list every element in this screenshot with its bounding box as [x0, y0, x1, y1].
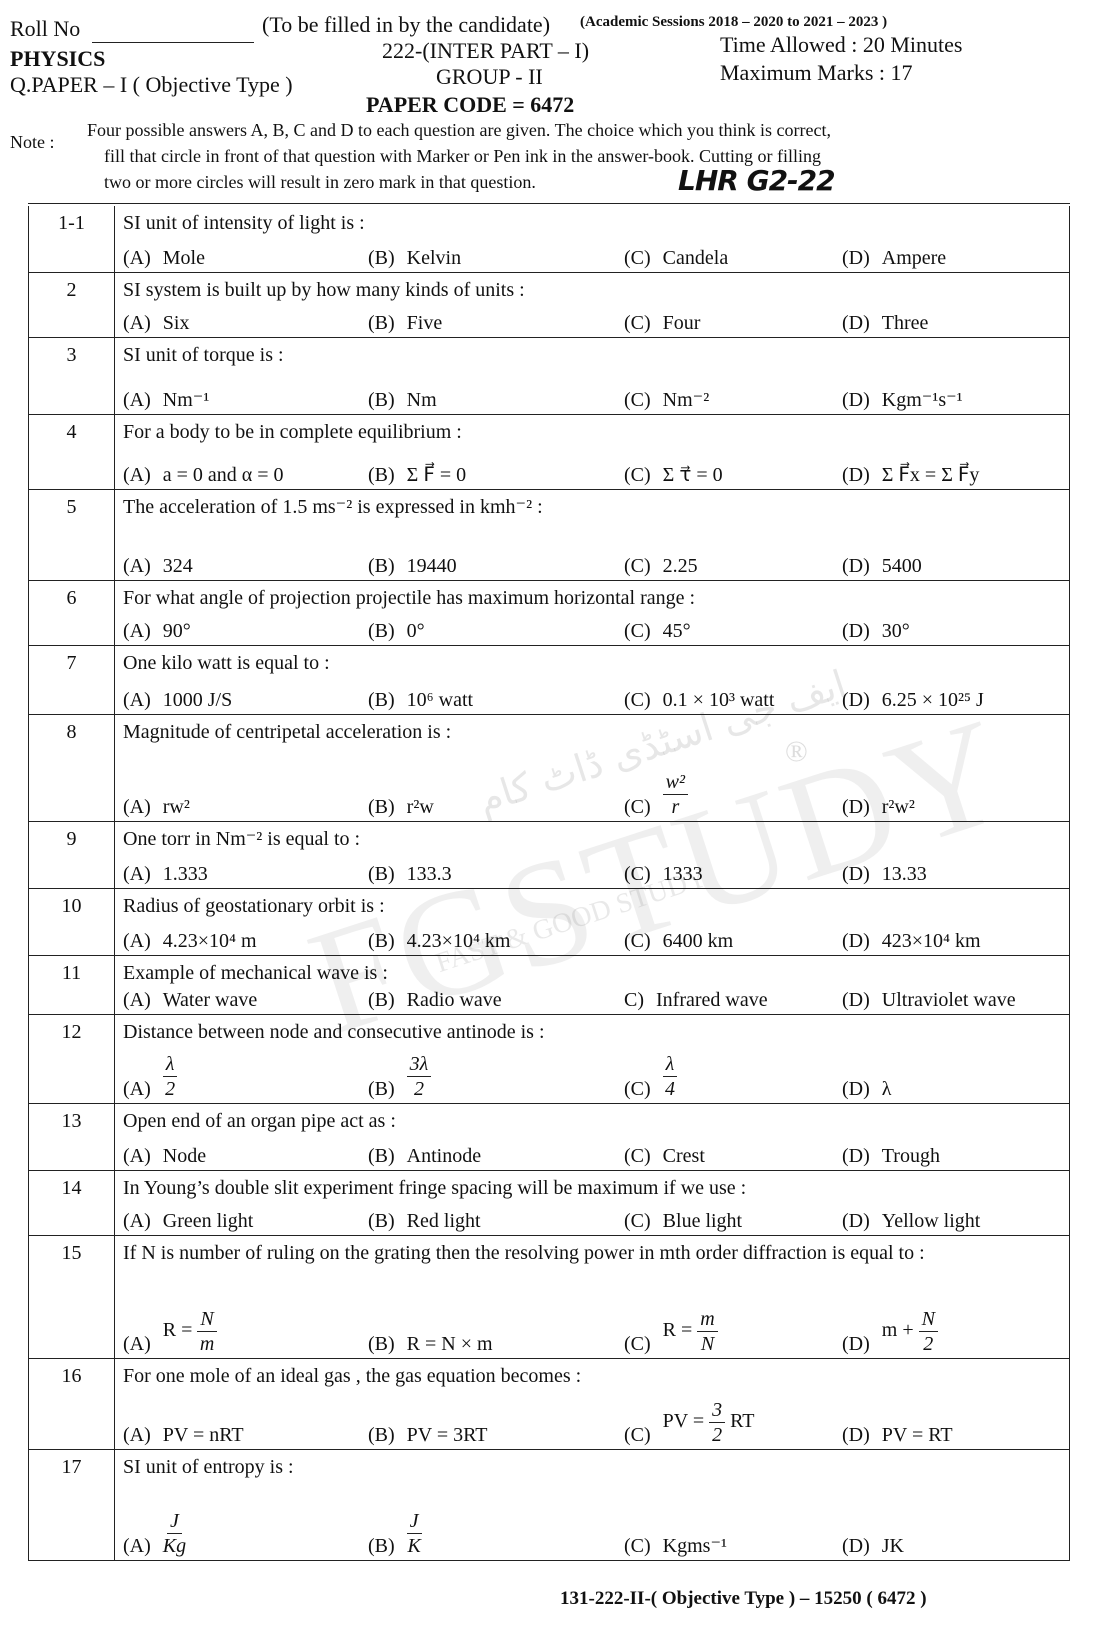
option-label: (A): [123, 464, 151, 487]
option-label: (D): [842, 863, 870, 886]
option-label: (B): [368, 1145, 395, 1168]
question-text: For what angle of projection projectile …: [123, 585, 1063, 611]
question-number: 17: [29, 1450, 115, 1560]
option-value: 0.1 × 10³ watt: [663, 689, 775, 712]
option-label: (C): [624, 689, 651, 712]
option-value: 324: [163, 555, 193, 578]
options-row: (A)a = 0 and α = 0(B)Σ F⃗ = 0(C)Σ τ⃗ = 0…: [123, 462, 1063, 487]
option-value: 5400: [882, 555, 922, 578]
note-line-1: Four possible answers A, B, C and D to e…: [87, 118, 831, 142]
option-d[interactable]: (D)Yellow light: [842, 1210, 1063, 1233]
option-value: Trough: [882, 1145, 940, 1168]
option-label: (B): [368, 312, 395, 335]
question-table: 1-1SI unit of intensity of light is :(A)…: [28, 206, 1070, 1561]
option-label: (A): [123, 1210, 151, 1233]
time-allowed: Time Allowed : 20 Minutes: [720, 32, 962, 58]
option-value: Six: [163, 312, 190, 335]
option-d[interactable]: (D)30°: [842, 620, 1063, 643]
option-label: (A): [123, 1145, 151, 1168]
option-c[interactable]: (C)PV = 32 RT: [624, 1398, 842, 1447]
question-number: 13: [29, 1104, 115, 1170]
option-value: λ4: [663, 1052, 678, 1101]
option-value: w²r: [663, 770, 688, 819]
question-number: 15: [29, 1236, 115, 1358]
question-number: 6: [29, 581, 115, 645]
question-row: 14In Young’s double slit experiment frin…: [29, 1170, 1069, 1235]
options-row: (A)Mole(B)Kelvin(C)Candela(D)Ampere: [123, 247, 1063, 270]
question-number: 1-1: [29, 206, 115, 272]
option-label: (A): [123, 689, 151, 712]
option-value: 10⁶ watt: [407, 689, 473, 712]
option-label: (B): [368, 796, 395, 819]
option-b[interactable]: (B)Red light: [368, 1210, 624, 1233]
question-row: 11Example of mechanical wave is :(A)Wate…: [29, 955, 1069, 1014]
option-a[interactable]: (A)a = 0 and α = 0: [123, 464, 368, 487]
option-label: (A): [123, 989, 151, 1012]
option-value: Mole: [163, 247, 205, 270]
roll-no-note: (To be filled in by the candidate): [262, 12, 550, 38]
option-b[interactable]: (B)Nm: [368, 389, 624, 412]
option-a[interactable]: (A)324: [123, 555, 368, 578]
option-value: Ampere: [882, 247, 946, 270]
option-label: (B): [368, 555, 395, 578]
option-value: Radio wave: [407, 989, 502, 1012]
option-d[interactable]: (D)Three: [842, 312, 1063, 335]
option-b[interactable]: (B)133.3: [368, 863, 624, 886]
option-value: 6.25 × 10²⁵ J: [882, 689, 984, 712]
options-row: (A)324(B)19440(C)2.25(D)5400: [123, 555, 1063, 578]
option-label: (A): [123, 312, 151, 335]
option-value: 90°: [163, 620, 191, 643]
note-line-3: two or more circles will result in zero …: [104, 170, 536, 194]
option-a[interactable]: (A)PV = nRT: [123, 1424, 368, 1447]
options-row: (A)Green light(B)Red light(C)Blue light(…: [123, 1210, 1063, 1233]
option-d[interactable]: (D)Trough: [842, 1145, 1063, 1168]
option-label: (C): [624, 1333, 651, 1356]
option-label: (B): [368, 1210, 395, 1233]
option-label: (D): [842, 247, 870, 270]
option-label: (B): [368, 389, 395, 412]
option-a[interactable]: (A)4.23×10⁴ m: [123, 930, 368, 953]
option-label: (D): [842, 555, 870, 578]
option-value: Red light: [407, 1210, 481, 1233]
question-row: 8Magnitude of centripetal acceleration i…: [29, 714, 1069, 821]
option-c[interactable]: (C)Four: [624, 312, 842, 335]
options-row: (A)Node(B)Antinode(C)Crest(D)Trough: [123, 1145, 1063, 1168]
question-row: 1-1SI unit of intensity of light is :(A)…: [29, 206, 1069, 272]
roll-no-label: Roll No: [10, 16, 80, 42]
option-label: (D): [842, 1078, 870, 1101]
option-value: Antinode: [407, 1145, 481, 1168]
option-value: Kgms⁻¹: [663, 1533, 727, 1558]
question-text: For one mole of an ideal gas , the gas e…: [123, 1363, 1063, 1389]
option-label: (C): [624, 796, 651, 819]
option-a[interactable]: (A)rw²: [123, 796, 368, 819]
option-value: 3λ2: [407, 1052, 432, 1101]
option-label: (B): [368, 464, 395, 487]
options-row: (A)PV = nRT(B)PV = 3RT(C)PV = 32 RT(D)PV…: [123, 1398, 1063, 1447]
option-c[interactable]: (C)λ4: [624, 1052, 842, 1101]
option-value: Infrared wave: [656, 989, 768, 1012]
option-c[interactable]: (C)Kgms⁻¹: [624, 1533, 842, 1558]
question-row: 15If N is number of ruling on the gratin…: [29, 1235, 1069, 1358]
option-a[interactable]: (A)90°: [123, 620, 368, 643]
option-value: Three: [882, 312, 929, 335]
question-number: 12: [29, 1015, 115, 1103]
question-row: 10Radius of geostationary orbit is :(A)4…: [29, 888, 1069, 955]
option-value: 4.23×10⁴ m: [163, 930, 257, 953]
question-number: 14: [29, 1171, 115, 1235]
paper-type: Q.PAPER – I ( Objective Type ): [10, 72, 293, 98]
option-value: 13.33: [882, 863, 927, 886]
question-row: 6For what angle of projection projectile…: [29, 580, 1069, 645]
option-value: 133.3: [407, 863, 452, 886]
option-c[interactable]: (C)6400 km: [624, 930, 842, 953]
option-d[interactable]: (D)Ampere: [842, 247, 1063, 270]
option-label: (C): [624, 930, 651, 953]
question-row: 16For one mole of an ideal gas , the gas…: [29, 1358, 1069, 1449]
option-d[interactable]: (D)r²w²: [842, 796, 1063, 819]
question-text: In Young’s double slit experiment fringe…: [123, 1175, 1063, 1201]
option-value: PV = 32 RT: [663, 1398, 755, 1447]
option-label: (D): [842, 1145, 870, 1168]
option-label: (D): [842, 1210, 870, 1233]
question-number: 11: [29, 956, 115, 1014]
option-d[interactable]: (D)13.33: [842, 863, 1063, 886]
option-value: Water wave: [163, 989, 257, 1012]
option-d[interactable]: (D)JK: [842, 1535, 1063, 1558]
question-number: 7: [29, 646, 115, 714]
option-a[interactable]: (A)Water wave: [123, 989, 368, 1012]
option-b[interactable]: (B)19440: [368, 555, 624, 578]
question-row: 7One kilo watt is equal to :(A)1000 J/S(…: [29, 645, 1069, 714]
option-value: Nm⁻²: [663, 387, 710, 412]
option-label: (D): [842, 796, 870, 819]
question-row: 12Distance between node and consecutive …: [29, 1014, 1069, 1103]
options-row: (A)Water wave(B)Radio waveC)Infrared wav…: [123, 989, 1063, 1012]
question-row: 13Open end of an organ pipe act as :(A)N…: [29, 1103, 1069, 1170]
option-value: PV = nRT: [163, 1424, 244, 1447]
option-label: (B): [368, 1078, 395, 1101]
option-value: PV = RT: [882, 1424, 953, 1447]
option-value: Five: [407, 312, 443, 335]
option-label: (A): [123, 930, 151, 953]
option-label: (C): [624, 247, 651, 270]
option-label: (A): [123, 1424, 151, 1447]
exam-name: 222-(INTER PART – I): [382, 38, 589, 64]
option-label: (B): [368, 247, 395, 270]
option-label: (D): [842, 689, 870, 712]
option-d[interactable]: (D)m + N2: [842, 1307, 1063, 1356]
option-value: r²w²: [882, 796, 915, 819]
option-c[interactable]: (C)Nm⁻²: [624, 387, 842, 412]
option-value: Kelvin: [407, 247, 461, 270]
option-b[interactable]: (B)0°: [368, 620, 624, 643]
option-value: 2.25: [663, 555, 698, 578]
option-label: (D): [842, 930, 870, 953]
option-d[interactable]: (D)423×10⁴ km: [842, 930, 1063, 953]
option-label: (C): [624, 1078, 651, 1101]
option-d[interactable]: (D)Σ F⃗x = Σ F⃗y: [842, 462, 1063, 487]
option-c[interactable]: (C)Candela: [624, 247, 842, 270]
option-a[interactable]: (A)R = Nm: [123, 1307, 368, 1356]
fraction: 3λ2: [407, 1052, 432, 1101]
option-label: (B): [368, 930, 395, 953]
option-c[interactable]: (C)Blue light: [624, 1210, 842, 1233]
option-b[interactable]: (B)Radio wave: [368, 989, 624, 1012]
option-a[interactable]: (A)Green light: [123, 1210, 368, 1233]
options-row: (A)Six(B)Five(C)Four(D)Three: [123, 312, 1063, 335]
options-row: (A)1000 J/S(B)10⁶ watt(C)0.1 × 10³ watt(…: [123, 689, 1063, 712]
fraction: λ4: [663, 1052, 678, 1101]
option-value: 6400 km: [663, 930, 734, 953]
question-row: 2SI system is built up by how many kinds…: [29, 272, 1069, 337]
question-row: 3SI unit of torque is :(A)Nm⁻¹(B)Nm(C)Nm…: [29, 337, 1069, 414]
option-label: (D): [842, 312, 870, 335]
option-value: JK: [882, 1535, 904, 1558]
option-label: (A): [123, 620, 151, 643]
option-a[interactable]: (A)λ2: [123, 1052, 368, 1101]
option-c[interactable]: (C)1333: [624, 863, 842, 886]
option-label: (D): [842, 1424, 870, 1447]
option-c[interactable]: (C)R = mN: [624, 1307, 842, 1356]
question-number: 4: [29, 415, 115, 489]
option-value: Four: [663, 312, 701, 335]
option-b[interactable]: (B)4.23×10⁴ km: [368, 930, 624, 953]
option-label: (C): [624, 620, 651, 643]
option-value: Blue light: [663, 1210, 742, 1233]
option-label: (A): [123, 1078, 151, 1101]
question-number: 8: [29, 715, 115, 821]
option-a[interactable]: (A)1000 J/S: [123, 689, 368, 712]
question-text: Magnitude of centripetal acceleration is…: [123, 719, 1063, 745]
question-row: 4For a body to be in complete equilibriu…: [29, 414, 1069, 489]
option-d[interactable]: (D)PV = RT: [842, 1424, 1063, 1447]
option-label: (C): [624, 1145, 651, 1168]
option-c[interactable]: (C)Crest: [624, 1145, 842, 1168]
option-value: R = Nm: [163, 1307, 217, 1356]
option-label: (D): [842, 1333, 870, 1356]
option-value: JKg: [163, 1509, 186, 1558]
option-label: (B): [368, 689, 395, 712]
option-value: R = N × m: [407, 1333, 493, 1356]
option-label: (C): [624, 312, 651, 335]
question-text: For a body to be in complete equilibrium…: [123, 419, 1063, 445]
note-label: Note :: [10, 130, 55, 154]
question-number: 5: [29, 490, 115, 580]
option-value: R = mN: [663, 1307, 718, 1356]
option-b[interactable]: (B)PV = 3RT: [368, 1424, 624, 1447]
fraction: 32: [709, 1398, 725, 1447]
options-row: (A)1.333(B)133.3(C)1333(D)13.33: [123, 863, 1063, 886]
option-a[interactable]: (A)1.333: [123, 863, 368, 886]
option-b[interactable]: (B)Antinode: [368, 1145, 624, 1168]
option-value: 1.333: [163, 863, 208, 886]
question-row: 5The acceleration of 1.5 ms⁻² is express…: [29, 489, 1069, 580]
question-text: If N is number of ruling on the grating …: [123, 1240, 1063, 1266]
academic-sessions: (Academic Sessions 2018 – 2020 to 2021 –…: [580, 14, 887, 31]
option-d[interactable]: (D)Ultraviolet wave: [842, 989, 1063, 1012]
option-label: (A): [123, 1333, 151, 1356]
question-text: SI unit of entropy is :: [123, 1454, 1063, 1480]
option-label: (A): [123, 389, 151, 412]
group-label: GROUP - II: [436, 64, 543, 90]
option-label: (A): [123, 555, 151, 578]
option-label: (A): [123, 863, 151, 886]
fraction: JKg: [163, 1509, 186, 1558]
option-label: (B): [368, 863, 395, 886]
question-number: 9: [29, 822, 115, 888]
options-row: (A)4.23×10⁴ m(B)4.23×10⁴ km(C)6400 km(D)…: [123, 930, 1063, 953]
option-d[interactable]: (D)Kgm⁻¹s⁻¹: [842, 387, 1063, 412]
option-value: Yellow light: [882, 1210, 981, 1233]
question-text: SI system is built up by how many kinds …: [123, 277, 1063, 303]
option-b[interactable]: (B)Kelvin: [368, 247, 624, 270]
option-label: C): [624, 989, 644, 1012]
subject-title: PHYSICS: [10, 46, 105, 72]
option-label: (B): [368, 1535, 395, 1558]
option-value: Crest: [663, 1145, 705, 1168]
fraction: N2: [919, 1307, 938, 1356]
option-label: (B): [368, 989, 395, 1012]
question-text: Open end of an organ pipe act as :: [123, 1108, 1063, 1134]
option-a[interactable]: (A)Nm⁻¹: [123, 387, 368, 412]
option-c[interactable]: (C)w²r: [624, 770, 842, 819]
options-row: (A)rw²(B)r²w(C)w²r(D)r²w²: [123, 770, 1063, 819]
option-value: Σ F⃗x = Σ F⃗y: [882, 462, 980, 487]
roll-no-field[interactable]: [92, 20, 254, 43]
option-value: m + N2: [882, 1307, 938, 1356]
question-text: Radius of geostationary orbit is :: [123, 893, 1063, 919]
option-c[interactable]: (C)45°: [624, 620, 842, 643]
options-row: (A)90°(B)0°(C)45°(D)30°: [123, 620, 1063, 643]
paper-code: PAPER CODE = 6472: [366, 92, 574, 118]
footer-code: 131-222-II-( Objective Type ) – 15250 ( …: [560, 1588, 927, 1610]
table-top-border: [28, 203, 1070, 204]
handwritten-annotation: LHR G2-22: [678, 164, 835, 197]
fraction: mN: [697, 1307, 717, 1356]
option-label: (D): [842, 464, 870, 487]
option-d[interactable]: (D)5400: [842, 555, 1063, 578]
fraction: JK: [407, 1509, 422, 1558]
option-value: 423×10⁴ km: [882, 930, 981, 953]
question-number: 3: [29, 338, 115, 414]
option-value: Nm⁻¹: [163, 387, 210, 412]
option-label: (B): [368, 1424, 395, 1447]
question-number: 2: [29, 273, 115, 337]
maximum-marks: Maximum Marks : 17: [720, 60, 913, 86]
option-label: (C): [624, 1535, 651, 1558]
option-b[interactable]: (B)JK: [368, 1509, 624, 1558]
option-label: (A): [123, 1535, 151, 1558]
option-b[interactable]: (B)10⁶ watt: [368, 689, 624, 712]
option-value: Node: [163, 1145, 206, 1168]
options-row: (A)JKg(B)JK(C)Kgms⁻¹(D)JK: [123, 1509, 1063, 1558]
option-value: 30°: [882, 620, 910, 643]
question-text: Example of mechanical wave is :: [123, 960, 1063, 986]
option-label: (D): [842, 989, 870, 1012]
option-value: Ultraviolet wave: [882, 989, 1016, 1012]
option-label: (C): [624, 389, 651, 412]
option-value: λ2: [163, 1052, 178, 1101]
option-value: Green light: [163, 1210, 254, 1233]
option-label: (D): [842, 389, 870, 412]
option-a[interactable]: (A)Node: [123, 1145, 368, 1168]
option-value: Candela: [663, 247, 729, 270]
question-text: One torr in Nm⁻² is equal to :: [123, 826, 1063, 852]
option-b[interactable]: (B)3λ2: [368, 1052, 624, 1101]
fraction: w²r: [663, 770, 688, 819]
option-d[interactable]: (D)λ: [842, 1078, 1063, 1101]
option-label: (C): [624, 1424, 651, 1447]
fraction: λ2: [163, 1052, 178, 1101]
question-number: 16: [29, 1359, 115, 1449]
question-text: One kilo watt is equal to :: [123, 650, 1063, 676]
option-a[interactable]: (A)Mole: [123, 247, 368, 270]
option-b[interactable]: (B)R = N × m: [368, 1333, 624, 1356]
option-label: (D): [842, 620, 870, 643]
option-label: (C): [624, 1210, 651, 1233]
question-row: 17SI unit of entropy is :(A)JKg(B)JK(C)K…: [29, 1449, 1069, 1560]
option-label: (D): [842, 1535, 870, 1558]
option-b[interactable]: (B)Five: [368, 312, 624, 335]
question-number: 10: [29, 889, 115, 955]
option-label: (C): [624, 464, 651, 487]
option-value: 0°: [407, 620, 425, 643]
option-a[interactable]: (A)JKg: [123, 1509, 368, 1558]
option-label: (B): [368, 1333, 395, 1356]
option-value: Kgm⁻¹s⁻¹: [882, 387, 963, 412]
options-row: (A)λ2(B)3λ2(C)λ4(D)λ: [123, 1052, 1063, 1101]
options-row: (A)Nm⁻¹(B)Nm(C)Nm⁻²(D)Kgm⁻¹s⁻¹: [123, 387, 1063, 412]
option-value: 1000 J/S: [163, 689, 232, 712]
option-a[interactable]: (A)Six: [123, 312, 368, 335]
option-value: 45°: [663, 620, 691, 643]
option-value: Nm: [407, 389, 437, 412]
options-row: (A)R = Nm(B)R = N × m(C)R = mN(D)m + N2: [123, 1307, 1063, 1356]
option-d[interactable]: (D)6.25 × 10²⁵ J: [842, 689, 1063, 712]
option-c[interactable]: (C)0.1 × 10³ watt: [624, 689, 842, 712]
option-label: (C): [624, 863, 651, 886]
option-label: (A): [123, 247, 151, 270]
question-text: SI unit of intensity of light is :: [123, 210, 1063, 236]
option-value: a = 0 and α = 0: [163, 464, 284, 487]
option-value: 1333: [663, 863, 703, 886]
option-value: Σ τ⃗ = 0: [663, 462, 723, 487]
option-b[interactable]: (B)Σ F⃗ = 0: [368, 462, 624, 487]
question-text: The acceleration of 1.5 ms⁻² is expresse…: [123, 494, 1063, 520]
question-text: SI unit of torque is :: [123, 342, 1063, 368]
option-value: rw²: [163, 796, 190, 819]
option-value: JK: [407, 1509, 422, 1558]
option-value: 4.23×10⁴ km: [407, 930, 511, 953]
option-label: (C): [624, 555, 651, 578]
option-label: (A): [123, 796, 151, 819]
question-text: Distance between node and consecutive an…: [123, 1019, 1063, 1045]
option-c[interactable]: (C)Σ τ⃗ = 0: [624, 462, 842, 487]
option-c[interactable]: (C)2.25: [624, 555, 842, 578]
option-value: Σ F⃗ = 0: [407, 462, 466, 487]
option-value: 19440: [407, 555, 457, 578]
option-b[interactable]: (B)r²w: [368, 796, 624, 819]
option-c[interactable]: C)Infrared wave: [624, 989, 842, 1012]
option-value: r²w: [407, 796, 434, 819]
question-row: 9One torr in Nm⁻² is equal to :(A)1.333(…: [29, 821, 1069, 888]
fraction: Nm: [197, 1307, 216, 1356]
option-value: PV = 3RT: [407, 1424, 488, 1447]
option-value: λ: [882, 1078, 892, 1101]
option-label: (B): [368, 620, 395, 643]
